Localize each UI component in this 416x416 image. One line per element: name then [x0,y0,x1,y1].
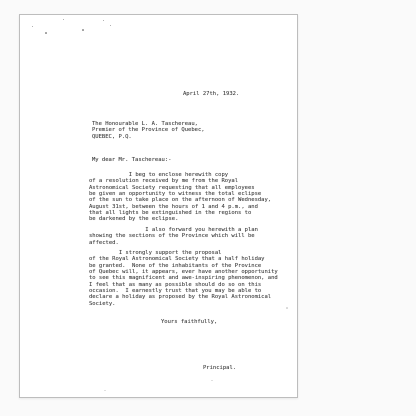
salutation: My dear Mr. Taschereau:- [92,157,171,163]
dust-speck [211,380,213,381]
body-paragraph-plan: I also forward you herewith a plan showi… [89,227,295,246]
dust-speck [32,26,33,27]
signature-title: Principal. [203,365,236,371]
dust-speck [82,29,84,31]
dust-speck [104,390,106,391]
dust-speck [63,19,64,20]
dust-speck [286,307,288,309]
letter-page: April 27th, 1932. The Honourable L. A. T… [19,14,298,398]
closing-valediction: Yours faithfully, [161,319,217,325]
body-paragraph-support: I strongly support the proposal of the R… [89,250,295,307]
recipient-address: The Honourable L. A. Taschereau, Premier… [92,121,205,140]
letter-date: April 27th, 1932. [183,91,239,97]
dust-speck [103,20,104,21]
dust-speck [45,32,47,34]
dust-speck [110,25,111,26]
body-paragraph-eclipse-resolution: I beg to enclose herewith copy of a reso… [89,172,295,223]
scan-background: April 27th, 1932. The Honourable L. A. T… [0,0,416,416]
